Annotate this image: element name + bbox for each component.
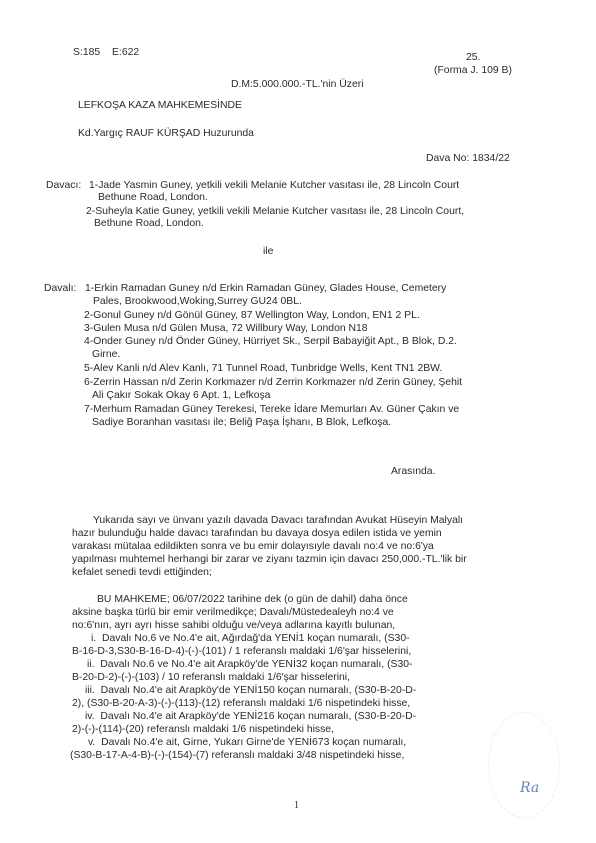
- case-number: Dava No: 1834/22: [426, 153, 510, 164]
- official-seal-stamp: [488, 712, 560, 818]
- property-v-line1: v. Davalı No.4'e ait, Girne, Yukarı Girn…: [88, 737, 406, 748]
- page-number: 1: [294, 800, 299, 811]
- defendant-7-line2: Sadiye Boranhan vasıtası ile; Beliğ Paşa…: [92, 417, 391, 428]
- property-iii-line2: 2), (S30-B-20-A-3)-(-)-(113)-(12) refera…: [72, 698, 410, 709]
- defendant-7-line1: 7-Merhum Ramadan Güney Terekesi, Tereke …: [84, 404, 459, 415]
- entry-number: E:622: [112, 47, 139, 58]
- property-i-line2: B-16-D-3,S30-B-16-D-4)-(-)-(101) / 1 ref…: [72, 646, 411, 657]
- defendant-2-line1: 2-Gonul Guney n/d Gönül Güney, 87 Wellin…: [84, 310, 420, 321]
- defendant-1-line1: 1-Erkin Ramadan Guney n/d Erkin Ramadan …: [85, 283, 446, 294]
- defendant-3-line1: 3-Gulen Musa n/d Gülen Musa, 72 Willbury…: [84, 323, 368, 334]
- initials-signature: Ra: [520, 780, 539, 796]
- para2-line: aksine başka türlü bir emir verilmedikçe…: [72, 607, 394, 618]
- para1-line: varakası mütalaa edildikten sonra ve bu …: [72, 541, 434, 552]
- para1-line: kefalet senedi tevdi ettiğinden;: [72, 567, 212, 578]
- defendant-5-line1: 5-Alev Kanli n/d Alev Kanlı, 71 Tunnel R…: [84, 363, 442, 374]
- court-name: LEFKOŞA KAZA MAHKEMESİNDE: [78, 100, 242, 111]
- plaintiff-2-line1: 2-Suheyla Katie Guney, yetkili vekili Me…: [86, 206, 464, 217]
- defendant-6-line2: Ali Çakır Sokak Okay 6 Apt. 1, Lefkoşa: [92, 390, 270, 401]
- defendant-1-line2: Pales, Brookwood,Woking,Surrey GU24 0BL.: [93, 296, 302, 307]
- property-v-line2: (S30-B-17-A-4-B)-(-)-(154)-(7) referansl…: [70, 750, 404, 761]
- plaintiff-label: Davacı:: [46, 180, 81, 191]
- para1-line: yapılması muhtemel herhangi bir zarar ve…: [72, 554, 467, 565]
- plaintiff-2-line2: Bethune Road, London.: [94, 218, 204, 229]
- judge-line: Kd.Yargıç RAUF KÜRŞAD Huzurunda: [78, 128, 254, 139]
- property-ii-line1: ii. Davalı No.6 ve No.4'e ait Arapköy'de…: [87, 659, 413, 670]
- plaintiff-1-line2: Bethune Road, London.: [98, 192, 208, 203]
- form-number: 25.: [466, 52, 480, 63]
- plaintiff-1-line1: 1-Jade Yasmin Guney, yetkili vekili Mela…: [89, 180, 459, 191]
- defendant-4-line1: 4-Onder Guney n/d Önder Güney, Hürriyet …: [84, 336, 457, 347]
- property-iv-line2: 2)-(-)-(114)-(20) referanslı maldaki 1/6…: [72, 724, 334, 735]
- defendant-label: Davalı:: [44, 283, 76, 294]
- conjunction: ile: [263, 246, 273, 257]
- defendant-4-line2: Girne.: [92, 349, 120, 360]
- property-iii-line1: iii. Davalı No.4'e ait Arapköy'de YENİ15…: [85, 685, 416, 696]
- para2-line: no:6'nın, ayrı ayrı hisse sahibi olduğu …: [72, 620, 395, 631]
- defendant-6-line1: 6-Zerrin Hassan n/d Zerin Korkmazer n/d …: [84, 377, 462, 388]
- para1-line: hazır bulunduğu halde davacı tarafından …: [72, 528, 442, 539]
- form-code: (Forma J. 109 B): [434, 65, 512, 76]
- serial-number: S:185: [73, 47, 100, 58]
- property-iv-line1: iv. Davalı No.4'e ait Arapköy'de YENİ216…: [85, 711, 416, 722]
- property-i-line1: i. Davalı No.6 ve No.4'e ait, Ağırdağ'da…: [91, 633, 410, 644]
- value-class: D.M:5.000.000.-TL.'nin Üzeri: [231, 79, 364, 90]
- property-ii-line2: B-20-D-2)-(-)-(103) / 10 referanslı mald…: [72, 672, 350, 683]
- para2-line: BU MAHKEME; 06/07/2022 tarihine dek (o g…: [97, 594, 408, 605]
- between-label: Arasında.: [391, 466, 435, 477]
- para1-line: Yukarıda sayı ve ünvanı yazılı davada Da…: [93, 515, 463, 526]
